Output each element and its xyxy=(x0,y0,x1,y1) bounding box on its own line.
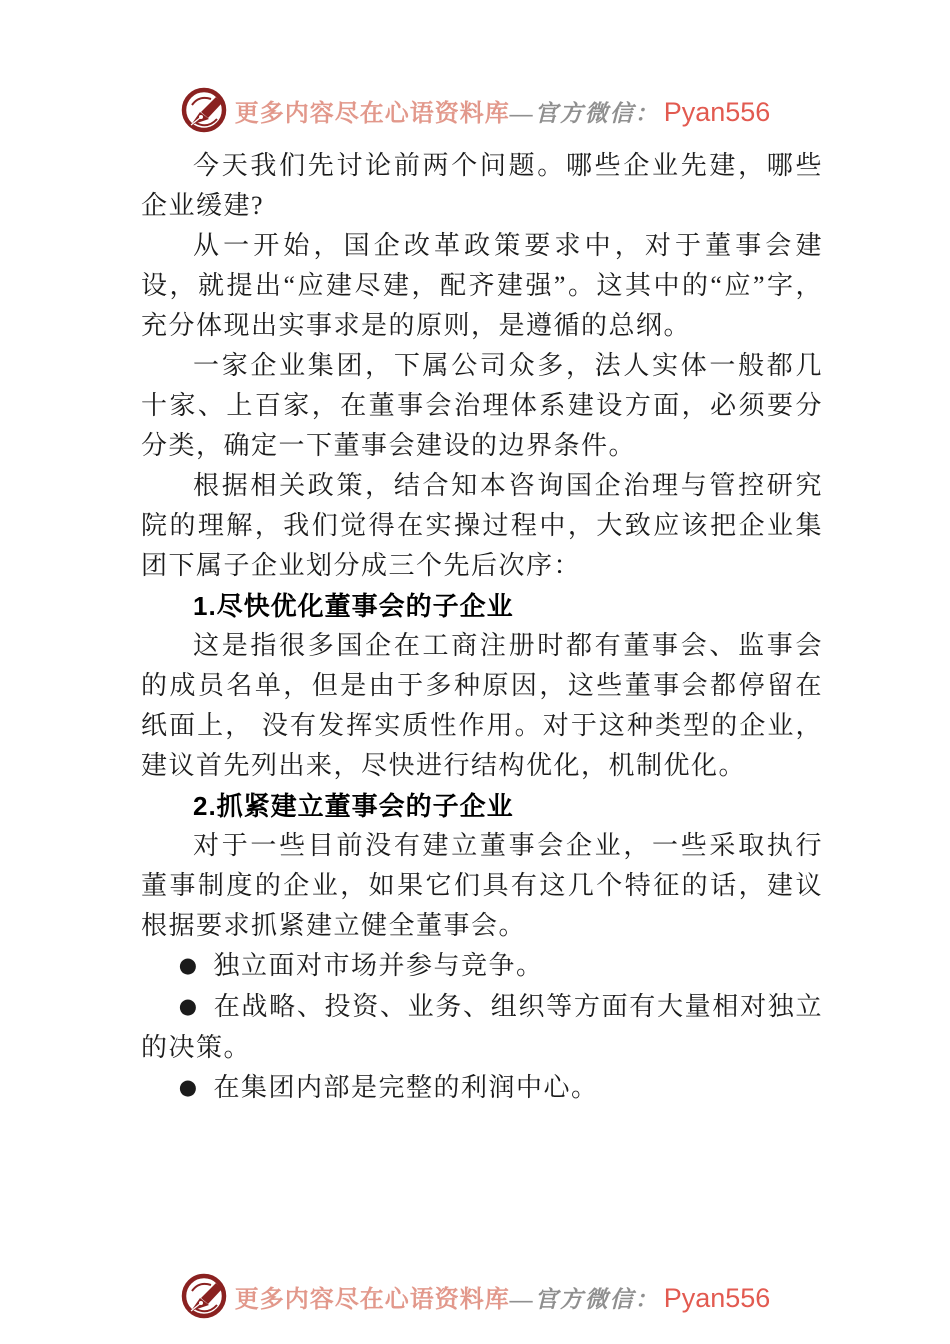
paragraph-policy: 从一开始，国企改革政策要求中，对于董事会建设，就提出“应建尽建，配齐建强”。这其… xyxy=(141,226,823,346)
paragraph-order: 根据相关政策，结合知本咨询国企治理与管控研究院的理解，我们觉得在实操过程中，大致… xyxy=(141,466,823,586)
footer-watermark-banner: 更多内容尽在心语资料库—官方微信：Pyan556 xyxy=(0,1272,950,1320)
bullet-text: 在战略、投资、业务、组织等方面有大量相对独立的决策。 xyxy=(141,992,823,1062)
wechat-label: —官方微信： xyxy=(510,1281,660,1314)
paragraph-establish: 对于一些目前没有建立董事会企业，一些采取执行董事制度的企业，如果它们具有这几个特… xyxy=(141,826,823,946)
wechat-id: Pyan556 xyxy=(664,97,771,128)
pen-logo-icon xyxy=(180,86,228,134)
banner-text: 更多内容尽在心语资料库—官方微信：Pyan556 xyxy=(235,1279,771,1314)
bullet-text: 独立面对市场并参与竞争。 xyxy=(214,951,544,980)
bullet-item-decisions: ●在战略、投资、业务、组织等方面有大量相对独立的决策。 xyxy=(141,987,823,1068)
bullet-text: 在集团内部是完整的利润中心。 xyxy=(214,1073,599,1102)
bullet-dot-icon: ● xyxy=(179,953,199,977)
bullet-item-market: ●独立面对市场并参与竞争。 xyxy=(141,946,823,987)
wechat-id: Pyan556 xyxy=(664,1283,771,1314)
document-page: 更多内容尽在心语资料库—官方微信：Pyan556 今天我们先讨论前两个问题。哪些… xyxy=(0,0,950,1344)
bullet-dot-icon: ● xyxy=(179,994,199,1018)
header-watermark-banner: 更多内容尽在心语资料库—官方微信：Pyan556 xyxy=(0,86,950,134)
document-body: 今天我们先讨论前两个问题。哪些企业先建，哪些企业缓建? 从一开始，国企改革政策要… xyxy=(141,146,823,1109)
section-heading-2: 2.抓紧建立董事会的子企业 xyxy=(141,786,823,826)
section-heading-1: 1.尽快优化董事会的子企业 xyxy=(141,586,823,626)
paragraph-optimize: 这是指很多国企在工商注册时都有董事会、监事会的成员名单，但是由于多种原因，这些董… xyxy=(141,626,823,786)
brand-text: 更多内容尽在心语资料库 xyxy=(235,1279,510,1314)
bullet-item-profit-center: ●在集团内部是完整的利润中心。 xyxy=(141,1068,823,1109)
brand-text: 更多内容尽在心语资料库 xyxy=(235,93,510,128)
banner-text: 更多内容尽在心语资料库—官方微信：Pyan556 xyxy=(235,93,771,128)
paragraph-intro: 今天我们先讨论前两个问题。哪些企业先建，哪些企业缓建? xyxy=(141,146,823,226)
wechat-label: —官方微信： xyxy=(510,95,660,128)
paragraph-group: 一家企业集团，下属公司众多，法人实体一般都几十家、上百家，在董事会治理体系建设方… xyxy=(141,346,823,466)
pen-logo-icon xyxy=(180,1272,228,1320)
bullet-dot-icon: ● xyxy=(179,1075,199,1099)
